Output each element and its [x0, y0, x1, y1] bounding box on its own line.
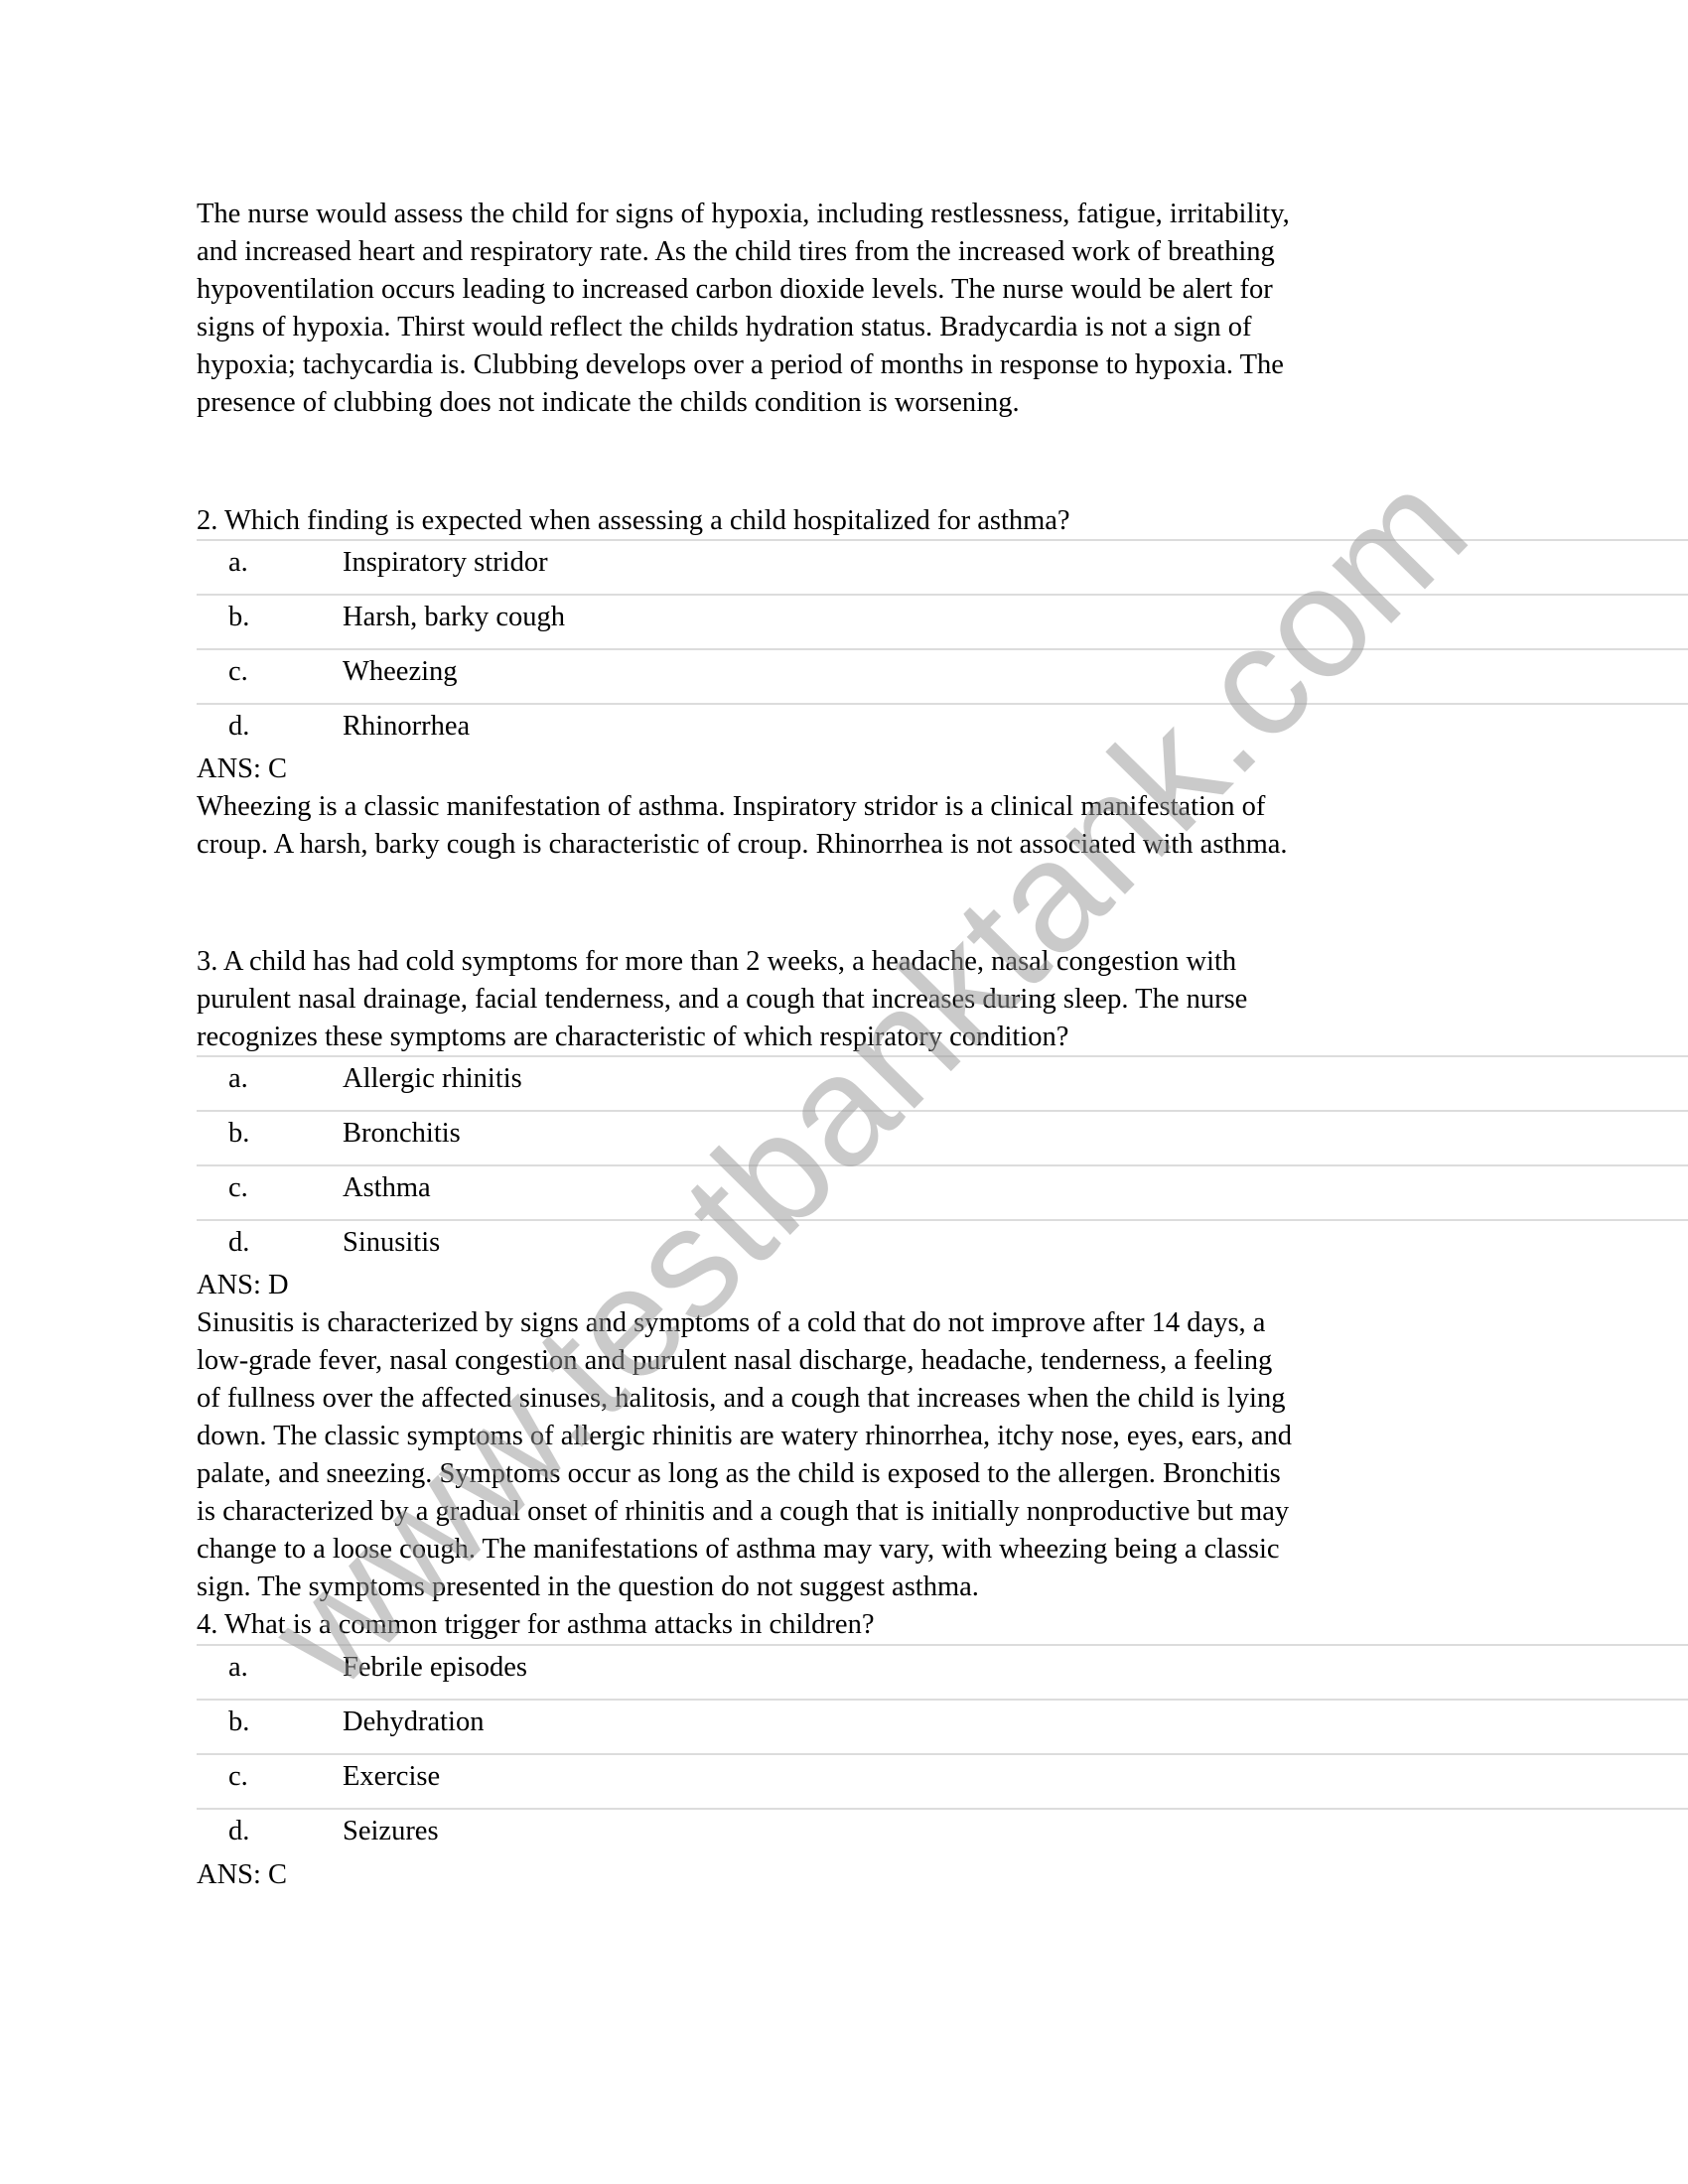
- option-letter: c.: [228, 1172, 248, 1204]
- option-row: c. Wheezing: [197, 648, 1688, 703]
- text-line: hypoventilation occurs leading to increa…: [197, 271, 1507, 309]
- text-line: croup. A harsh, barky cough is character…: [197, 826, 1507, 864]
- text-line: of fullness over the affected sinuses, h…: [197, 1380, 1507, 1418]
- option-text: Wheezing: [343, 656, 458, 688]
- option-letter: b.: [228, 602, 249, 633]
- text-line: hypoxia; tachycardia is. Clubbing develo…: [197, 346, 1507, 384]
- option-row: c. Exercise: [197, 1753, 1688, 1808]
- q2-rationale: Wheezing is a classic manifestation of a…: [197, 788, 1507, 864]
- option-letter: d.: [228, 711, 249, 743]
- option-text: Febrile episodes: [343, 1652, 527, 1684]
- option-text: Bronchitis: [343, 1118, 461, 1150]
- text-line: Wheezing is a classic manifestation of a…: [197, 788, 1507, 826]
- option-text: Harsh, barky cough: [343, 602, 565, 633]
- q4-stem: 4. What is a common trigger for asthma a…: [197, 1606, 1507, 1644]
- option-row: d. Rhinorrhea: [197, 703, 1688, 757]
- q1-rationale: The nurse would assess the child for sig…: [197, 196, 1507, 422]
- text-line: presence of clubbing does not indicate t…: [197, 384, 1507, 422]
- option-row: b. Bronchitis: [197, 1110, 1688, 1164]
- option-letter: d.: [228, 1816, 249, 1847]
- text-line: Sinusitis is characterized by signs and …: [197, 1304, 1507, 1342]
- text-line: signs of hypoxia. Thirst would reflect t…: [197, 309, 1507, 346]
- option-letter: b.: [228, 1118, 249, 1150]
- option-text: Allergic rhinitis: [343, 1063, 522, 1095]
- option-text: Asthma: [343, 1172, 431, 1204]
- option-text: Seizures: [343, 1816, 439, 1847]
- option-row: d. Seizures: [197, 1808, 1688, 1862]
- q3-answer: ANS: D: [197, 1267, 1507, 1304]
- q3-options: a. Allergic rhinitis b. Bronchitis c. As…: [197, 1055, 1688, 1274]
- option-text: Dehydration: [343, 1706, 484, 1738]
- option-letter: c.: [228, 656, 248, 688]
- text-line: recognizes these symptoms are characteri…: [197, 1019, 1507, 1056]
- q4-answer: ANS: C: [197, 1856, 1507, 1894]
- option-row: b. Harsh, barky cough: [197, 594, 1688, 648]
- text-line: palate, and sneezing. Symptoms occur as …: [197, 1455, 1507, 1493]
- option-row: b. Dehydration: [197, 1699, 1688, 1753]
- option-letter: a.: [228, 1063, 248, 1095]
- text-line: and increased heart and respiratory rate…: [197, 233, 1507, 271]
- text-line: 3. A child has had cold symptoms for mor…: [197, 943, 1507, 981]
- text-line: low-grade fever, nasal congestion and pu…: [197, 1342, 1507, 1380]
- text-line: purulent nasal drainage, facial tenderne…: [197, 981, 1507, 1019]
- option-row: a. Inspiratory stridor: [197, 539, 1688, 594]
- option-row: c. Asthma: [197, 1164, 1688, 1219]
- option-text: Exercise: [343, 1761, 440, 1793]
- option-text: Inspiratory stridor: [343, 547, 548, 579]
- option-text: Sinusitis: [343, 1227, 440, 1259]
- option-letter: a.: [228, 547, 248, 579]
- option-letter: c.: [228, 1761, 248, 1793]
- text-line: is characterized by a gradual onset of r…: [197, 1493, 1507, 1531]
- text-line: The nurse would assess the child for sig…: [197, 196, 1507, 233]
- option-letter: a.: [228, 1652, 248, 1684]
- option-row: a. Allergic rhinitis: [197, 1055, 1688, 1110]
- q2-options: a. Inspiratory stridor b. Harsh, barky c…: [197, 539, 1688, 757]
- option-letter: b.: [228, 1706, 249, 1738]
- text-line: sign. The symptoms presented in the ques…: [197, 1569, 1507, 1606]
- q3-rationale: Sinusitis is characterized by signs and …: [197, 1304, 1507, 1606]
- option-letter: d.: [228, 1227, 249, 1259]
- q4-options: a. Febrile episodes b. Dehydration c. Ex…: [197, 1644, 1688, 1862]
- q2-answer: ANS: C: [197, 751, 1507, 788]
- q2-stem: 2. Which finding is expected when assess…: [197, 502, 1507, 540]
- option-text: Rhinorrhea: [343, 711, 470, 743]
- document-page: The nurse would assess the child for sig…: [0, 0, 1688, 2184]
- option-row: a. Febrile episodes: [197, 1644, 1688, 1699]
- q3-stem: 3. A child has had cold symptoms for mor…: [197, 943, 1507, 1056]
- text-line: down. The classic symptoms of allergic r…: [197, 1418, 1507, 1455]
- option-row: d. Sinusitis: [197, 1219, 1688, 1274]
- text-line: change to a loose cough. The manifestati…: [197, 1531, 1507, 1569]
